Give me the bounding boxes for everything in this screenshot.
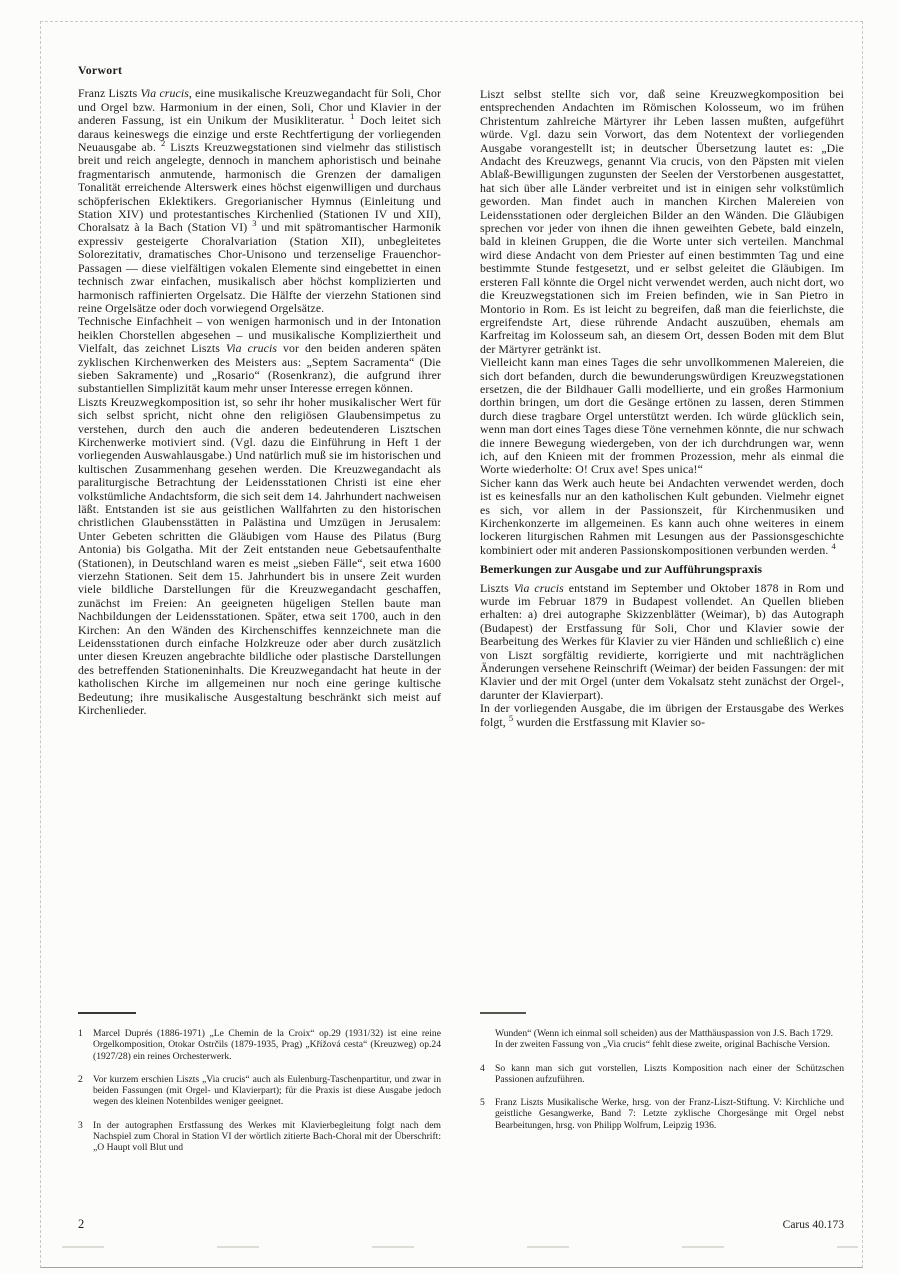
paragraph: Liszts Kreuzwegkomposition ist, so sehr … xyxy=(78,396,441,718)
footnote-continuation: Wunden“ (Wenn ich einmal soll scheiden) … xyxy=(495,1028,844,1051)
footnote-text: Franz Liszts Musikalische Werke, hrsg. v… xyxy=(495,1097,844,1131)
footnote-text: So kann man sich gut vorstellen, Liszts … xyxy=(495,1063,844,1086)
footnote: 2Vor kurzem erschien Liszts „Via crucis“… xyxy=(78,1074,441,1108)
footnote-number: 3 xyxy=(78,1120,93,1154)
footnote-text: Marcel Duprés (1886-1971) „Le Chemin de … xyxy=(93,1028,441,1062)
paragraph: Technische Einfachheit – von wenigen har… xyxy=(78,315,441,395)
paragraph: Vielleicht kann man eines Tages die sehr… xyxy=(480,356,844,477)
footnotes-left-list: 1Marcel Duprés (1886-1971) „Le Chemin de… xyxy=(78,1028,441,1154)
footnote-text: In der autographen Erstfassung des Werke… xyxy=(93,1120,441,1154)
paragraph: In der zweiten Fassung von „Via crucis“ … xyxy=(495,1039,844,1050)
footnote: 4So kann man sich gut vorstellen, Liszts… xyxy=(480,1063,844,1086)
document-page: Vorwort Franz Liszts Via crucis, eine mu… xyxy=(0,0,900,1274)
footnote-number: 1 xyxy=(78,1028,93,1062)
paragraph: In der vorliegenden Ausgabe, die im übri… xyxy=(480,702,844,729)
left-column-body: Franz Liszts Via crucis, eine musikalisc… xyxy=(78,87,441,717)
paragraph: Sicher kann das Werk auch heute bei Anda… xyxy=(480,477,844,557)
page-title: Vorwort xyxy=(78,64,441,77)
page-number: 2 xyxy=(78,1217,84,1232)
footnote: 1Marcel Duprés (1886-1971) „Le Chemin de… xyxy=(78,1028,441,1062)
scan-artifact-dashes xyxy=(62,1246,858,1248)
paragraph: Wunden“ (Wenn ich einmal soll scheiden) … xyxy=(495,1028,844,1039)
footnote: 5Franz Liszts Musikalische Werke, hrsg. … xyxy=(480,1097,844,1131)
footnotes-right: Wunden“ (Wenn ich einmal soll scheiden) … xyxy=(480,1012,844,1143)
footnote-separator-rule xyxy=(78,1012,136,1014)
paragraph: Franz Liszts Via crucis, eine musikalisc… xyxy=(78,87,441,315)
paragraph: Liszts Via crucis entstand im September … xyxy=(480,582,844,703)
footnote: 3In der autographen Erstfassung des Werk… xyxy=(78,1120,441,1154)
paragraph: Liszt selbst stellte sich vor, daß seine… xyxy=(480,88,844,356)
section-subheading: Bemerkungen zur Ausgabe und zur Aufführu… xyxy=(480,563,844,576)
footnote-separator-rule xyxy=(480,1012,526,1014)
footnote-number: 2 xyxy=(78,1074,93,1108)
footnotes-right-list: 4So kann man sich gut vorstellen, Liszts… xyxy=(480,1063,844,1131)
footnote-number: 5 xyxy=(480,1097,495,1131)
right-column-body-top: Liszt selbst stellte sich vor, daß seine… xyxy=(480,88,844,557)
catalog-number: Carus 40.173 xyxy=(480,1219,844,1231)
right-column-body-bottom: Liszts Via crucis entstand im September … xyxy=(480,582,844,729)
right-column: Liszt selbst stellte sich vor, daß seine… xyxy=(480,88,844,729)
footnote-text: Vor kurzem erschien Liszts „Via crucis“ … xyxy=(93,1074,441,1108)
footnote-number: 4 xyxy=(480,1063,495,1086)
footnotes-left: 1Marcel Duprés (1886-1971) „Le Chemin de… xyxy=(78,1012,441,1166)
left-column: Vorwort Franz Liszts Via crucis, eine mu… xyxy=(78,64,441,718)
